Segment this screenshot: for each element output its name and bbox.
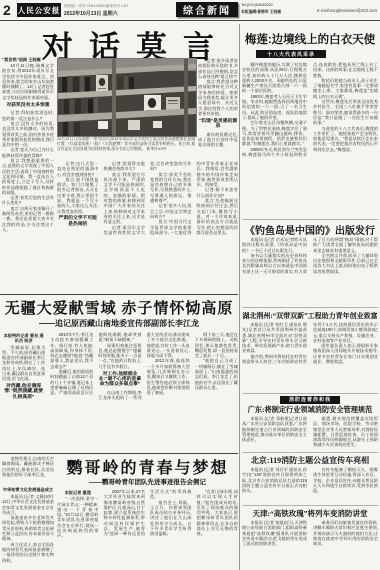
section-name: 综合新闻 — [176, 2, 238, 17]
beijing-body-text: 本报讯 (记者 刘百军 通讯员 孙宇)在“119”消防宣传日即将到来之际,北京市… — [242, 467, 378, 493]
moyan-subhead-1: 对获奖没有太多惊喜 — [2, 103, 54, 108]
moyan-subhead-2: 严肃的文学不可能是热闹的 — [57, 216, 99, 227]
yinggeling-byline: 本报记者 惠滢 — [57, 490, 99, 495]
bookstore-photo-art — [58, 59, 196, 136]
divider-yinggeling — [0, 453, 238, 454]
header-rule — [0, 20, 380, 21]
divider-beijing — [242, 452, 378, 453]
section-tel: Tel:(010)84633000 — [241, 3, 273, 7]
diaoyudao-headline: 《钓鱼岛是中国的》出版发行 — [242, 222, 378, 237]
divider-diaoyudao — [242, 219, 378, 220]
guangdong-body-text: 本报讯 (记者 邓新建)记者日前从广东省公安消防总队获悉,广东将陆续制定重点行业… — [242, 416, 378, 448]
lijianglong-continuation: 追悼会那天,山南的天空飘着细雨。藏族群众手捧洁白的哈达,排着长队,含泪送别他们的… — [2, 456, 54, 484]
moyan-body-post: 记者:您觉得这股热潮会持续多久?莫言:我希望它尽快冷却下来。严肃的文学不可能是热… — [104, 161, 239, 235]
divider-jingzhou — [242, 307, 378, 308]
photo-caption: 10月12日,山东高密一家书店内,2012年诺贝尔文学奖得主莫言的作品被摆放在显… — [57, 137, 195, 158]
jingzhou-body: 本报讯 (记者 何红卫 通讯员 荆宣)记者近日从共青团荆州市委获悉,湖北省荆州市… — [242, 322, 378, 390]
zhiqing-title: 中华知青文化发展基金成立 — [2, 487, 54, 493]
yinggeling-subtitle: ——鹦哥岭青年团队先进事迹报告会侧记 — [57, 477, 238, 486]
yinggeling-body: 本报记者 惠滢 “一次选择,坚守一片绿水青山;一种精神,感动一个青春中国。”10… — [57, 489, 238, 568]
moyan-col5-qa: 记者:很多读者连夜排队购买您的书,多部作品已经脱销,您怎么看待这种“莫言热”?莫… — [198, 58, 238, 116]
moyan-right-column: 记者:很多读者连夜排队购买您的书,多部作品已经脱销,您怎么看待这种“莫言热”?莫… — [198, 58, 238, 158]
zhiqing-body-text: 本报讯 (记者 文静)10月12日,中华社会文化发展基金会知青文化发展基金在京宣… — [2, 494, 54, 563]
jingzhou-body-text: 本报讯 (记者 何红卫 通讯员 荆宣)记者近日从共青团荆州市委获悉,湖北省荆州市… — [242, 322, 378, 364]
lijianglong-cont-text: 追悼会那天,山南的天空飘着细雨。藏族群众手捧洁白的哈达,排着长队,含泪送别他们的… — [2, 456, 54, 477]
meilian-body: 翻开梅莲的履历,写满了对边境农牧民的深情:从医29年,行程数万公里,接诊病人十几… — [242, 62, 378, 217]
divider-fire — [242, 393, 378, 394]
masthead-fineprint: 国内统一刊号 CN11-0093 邮发代号 1-87 — [64, 4, 128, 9]
moyan-body-pre: 记者:这几天您一直处在舆论的漩涡中心,有没有感到困扰?莫言:说不困扰是假话。家门… — [57, 161, 99, 214]
divider-tianjin — [242, 505, 378, 506]
guangdong-headline: 广东:将制定行业领域消防安全管理规范 — [242, 405, 378, 415]
divider-lijianglong — [0, 294, 238, 295]
moyan-left-column: 10月11日晚,瑞典文学院宣布,将2012年诺贝尔文学奖授予中国作家莫言。消息传… — [2, 63, 54, 292]
tianjin-headline: 天津:“高铁玫瑰”将列车变消防讲堂 — [242, 508, 378, 519]
tianjin-body: 本报讯 (记者 张驰)近日,天津铁路公安处联合消防部门,组织高铁乘务班组“高铁玫… — [242, 520, 378, 568]
moyan-body: 记者:这几天您一直处在舆论的漩涡中心,有没有感到困扰?莫言:说不困扰是假话。家门… — [57, 161, 238, 292]
column-divider — [239, 24, 240, 570]
fire-section-badge: 消防连着你和我 — [280, 396, 340, 404]
moyan-col5-tail: 童年的饥饿记忆,成了他日后创作中反复出现的主题。 — [198, 132, 238, 148]
lijianglong-headline: 无疆大爱献雪域 赤子情怀恸高原 — [0, 297, 238, 318]
moyan-subhead-3: “饥饿”是灵感的源泉 — [198, 119, 238, 130]
diaoyudao-body-text: 本报讯 (记者 宗禾)记者昨天从海洋出版社获悉,《钓鱼岛是中国的》一书已于近日出… — [242, 237, 378, 274]
lijianglong-byline: 本报特约记者 晏良 通讯员 杨彦 — [2, 333, 45, 344]
section-email: E-mail:zonghexinwen@163.com — [317, 8, 377, 13]
lijianglong-subhead-2: 对工作,他兢兢业业:“最不心疼的是拿命为群众多做点事” — [98, 372, 141, 388]
section-editors: 本版编辑/曾海军 王晓雁 — [241, 10, 281, 15]
diaoyudao-body: 本报讯 (记者 宗禾)记者昨天从海洋出版社获悉,《钓鱼岛是中国的》一书已于近日出… — [242, 237, 378, 304]
jingzhou-headline: 湖北荆州:“双带双新”工程助力青年创业致富 — [242, 311, 378, 321]
masthead-logo: 人民公安报 — [17, 3, 61, 17]
meilian-headline: 梅莲:边境线上的白衣天使 — [242, 31, 378, 47]
zhiqing-body: 本报讯 (记者 文静)10月12日,中华社会文化发展基金会知青文化发展基金在京宣… — [2, 494, 54, 568]
page-number: 2 — [3, 2, 11, 18]
moyan-left-qa: 记者:得知获奖消息时,您的第一反应是什么?莫言:没有太多的惊喜,也没有太多的激动… — [2, 110, 54, 232]
lijianglong-body-pre: 雪域高原,长歌当哭。不久前,原西藏山南地委宣传部副部长李江龙积劳成疾,倒在了工作… — [2, 345, 45, 382]
moyan-intro: 10月11日晚,瑞典文学院宣布,将2012年诺贝尔文学奖授予中国作家莫言。消息传… — [2, 63, 54, 100]
newspaper-page: 2 人民公安报 国内统一刊号 CN11-0093 邮发代号 1-87 2012年… — [0, 0, 380, 570]
beijing-headline: 北京:119消防主题公益宣传车亮相 — [242, 455, 378, 466]
guangdong-body: 本报讯 (记者 邓新建)记者日前从广东省公安消防总队获悉,广东将陆续制定重点行业… — [242, 416, 378, 451]
lijianglong-body: 本报特约记者 晏良 通讯员 杨彦 雪域高原,长歌当哭。不久前,原西藏山南地委宣传… — [2, 332, 238, 450]
meilian-body-text: 翻开梅莲的履历,写满了对边境农牧民的深情:从医29年,行程数万公里,接诊病人十几… — [242, 62, 378, 157]
meilian-badge: 十八大代表风采录 — [256, 50, 326, 58]
lijianglong-subtitle: ——追记原西藏山南地委宣传部副部长李江龙 — [0, 318, 238, 329]
tianjin-body-text: 本报讯 (记者 张驰)近日,天津铁路公安处联合消防部门,组织高铁乘务班组“高铁玫… — [242, 520, 378, 546]
yinggeling-headline: 鹦哥岭的青春与梦想 — [57, 455, 238, 478]
lijianglong-subhead-1: 对西藏,他充满深情:“既然援藏,就要扎根高原” — [2, 384, 45, 400]
bookstore-photo — [57, 58, 197, 137]
yinggeling-body-text: “一次选择,坚守一片绿水青山;一种精神,感动一个青春中国。”10月12日,鹦哥岭… — [57, 489, 238, 539]
beijing-body: 本报讯 (记者 刘百军 通讯员 孙宇)在“119”消防宣传日即将到来之际,北京市… — [242, 467, 378, 503]
date-line: 2012年10月13日 星期六 — [64, 10, 118, 17]
